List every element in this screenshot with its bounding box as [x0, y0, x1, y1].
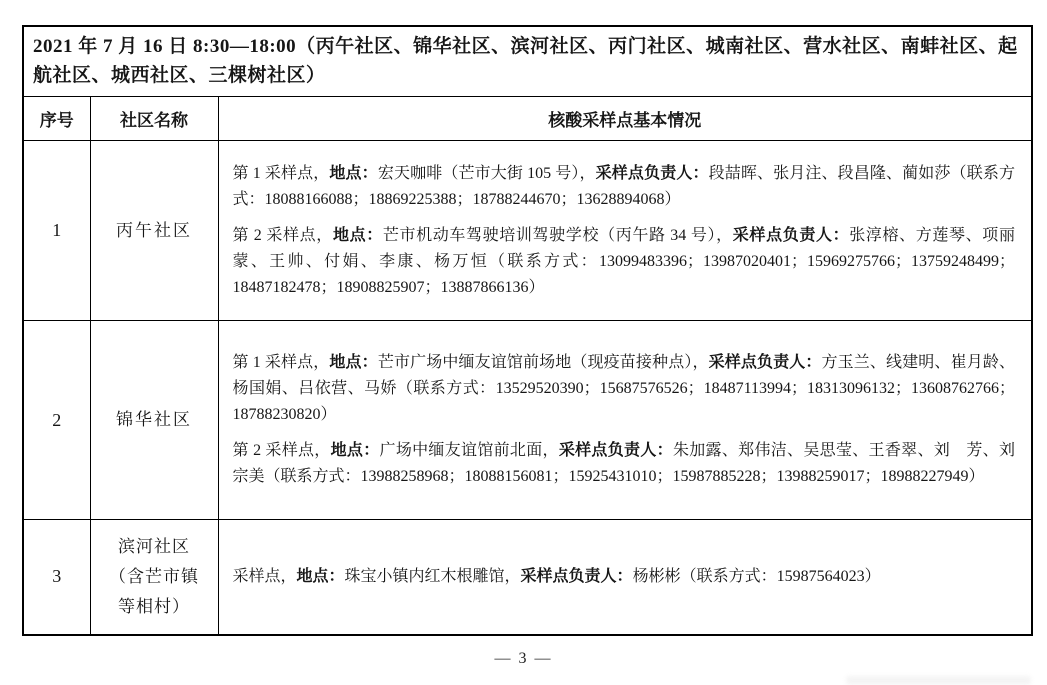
- sampling-point-paragraph: 第 2 采样点，地点：广场中缅友谊馆前北面，采样点负责人：朱加露、郑伟洁、吴思莹…: [233, 438, 1016, 490]
- sampling-details-cell: 第 1 采样点，地点：芒市广场中缅友谊馆前场地（现疫苗接种点），采样点负责人：方…: [218, 321, 1032, 520]
- location-text: 芒市广场中缅友谊馆前场地（现疫苗接种点），: [378, 354, 709, 371]
- faint-watermark: [846, 676, 1031, 685]
- column-header-details: 核酸采样点基本情况: [218, 97, 1032, 141]
- point-prefix: 第 2 采样点，: [233, 442, 331, 459]
- column-header-index: 序号: [23, 97, 90, 141]
- sampling-details-cell: 采样点，地点：珠宝小镇内红木根雕馆，采样点负责人：杨彬彬（联系方式：159875…: [218, 520, 1032, 635]
- row-index: 2: [23, 321, 90, 520]
- leaders-text: 杨彬彬（联系方式：15987564023）: [633, 568, 881, 585]
- leader-label: 采样点负责人：: [559, 442, 673, 459]
- point-prefix: 第 2 采样点，: [233, 227, 333, 244]
- sampling-points-table: 2021 年 7 月 16 日 8:30—18:00（丙午社区、锦华社区、滨河社…: [22, 25, 1033, 636]
- location-text: 宏天咖啡（芒市大街 105 号），: [378, 165, 596, 182]
- point-prefix: 第 1 采样点，: [233, 165, 330, 182]
- row-index: 3: [23, 520, 90, 635]
- table-title: 2021 年 7 月 16 日 8:30—18:00（丙午社区、锦华社区、滨河社…: [23, 26, 1032, 97]
- table-title-row: 2021 年 7 月 16 日 8:30—18:00（丙午社区、锦华社区、滨河社…: [23, 26, 1032, 97]
- sampling-point-paragraph: 第 1 采样点，地点：宏天咖啡（芒市大街 105 号），采样点负责人：段喆晖、张…: [233, 161, 1016, 213]
- sampling-point-paragraph: 第 1 采样点，地点：芒市广场中缅友谊馆前场地（现疫苗接种点），采样点负责人：方…: [233, 350, 1016, 428]
- table-row: 1 丙午社区 第 1 采样点，地点：宏天咖啡（芒市大街 105 号），采样点负责…: [23, 141, 1032, 321]
- table-row: 3 滨河社区（含芒市镇等相村） 采样点，地点：珠宝小镇内红木根雕馆，采样点负责人…: [23, 520, 1032, 635]
- location-label: 地点：: [297, 568, 345, 585]
- community-name: 丙午社区: [90, 141, 218, 321]
- location-label: 地点：: [329, 354, 377, 371]
- sampling-point-paragraph: 第 2 采样点，地点：芒市机动车驾驶培训驾驶学校（丙午路 34 号），采样点负责…: [233, 223, 1016, 301]
- point-prefix: 采样点，: [233, 568, 297, 585]
- leader-label: 采样点负责人：: [521, 568, 633, 585]
- point-prefix: 第 1 采样点，: [233, 354, 330, 371]
- location-text: 广场中缅友谊馆前北面，: [380, 442, 559, 459]
- leader-label: 采样点负责人：: [733, 227, 849, 244]
- table-header-row: 序号 社区名称 核酸采样点基本情况: [23, 97, 1032, 141]
- sampling-point-paragraph: 采样点，地点：珠宝小镇内红木根雕馆，采样点负责人：杨彬彬（联系方式：159875…: [233, 564, 1016, 590]
- location-text: 珠宝小镇内红木根雕馆，: [345, 568, 521, 585]
- row-index: 1: [23, 141, 90, 321]
- leader-label: 采样点负责人：: [596, 165, 709, 182]
- location-label: 地点：: [331, 442, 380, 459]
- leader-label: 采样点负责人：: [709, 354, 822, 371]
- community-name: 锦华社区: [90, 321, 218, 520]
- column-header-community: 社区名称: [90, 97, 218, 141]
- document-page: 2021 年 7 月 16 日 8:30—18:00（丙午社区、锦华社区、滨河社…: [0, 0, 1047, 685]
- page-number: — 3 —: [0, 650, 1047, 668]
- location-label: 地点：: [329, 165, 377, 182]
- community-name: 滨河社区（含芒市镇等相村）: [90, 520, 218, 635]
- location-text: 芒市机动车驾驶培训驾驶学校（丙午路 34 号），: [383, 227, 733, 244]
- table-row: 2 锦华社区 第 1 采样点，地点：芒市广场中缅友谊馆前场地（现疫苗接种点），采…: [23, 321, 1032, 520]
- location-label: 地点：: [333, 227, 383, 244]
- sampling-details-cell: 第 1 采样点，地点：宏天咖啡（芒市大街 105 号），采样点负责人：段喆晖、张…: [218, 141, 1032, 321]
